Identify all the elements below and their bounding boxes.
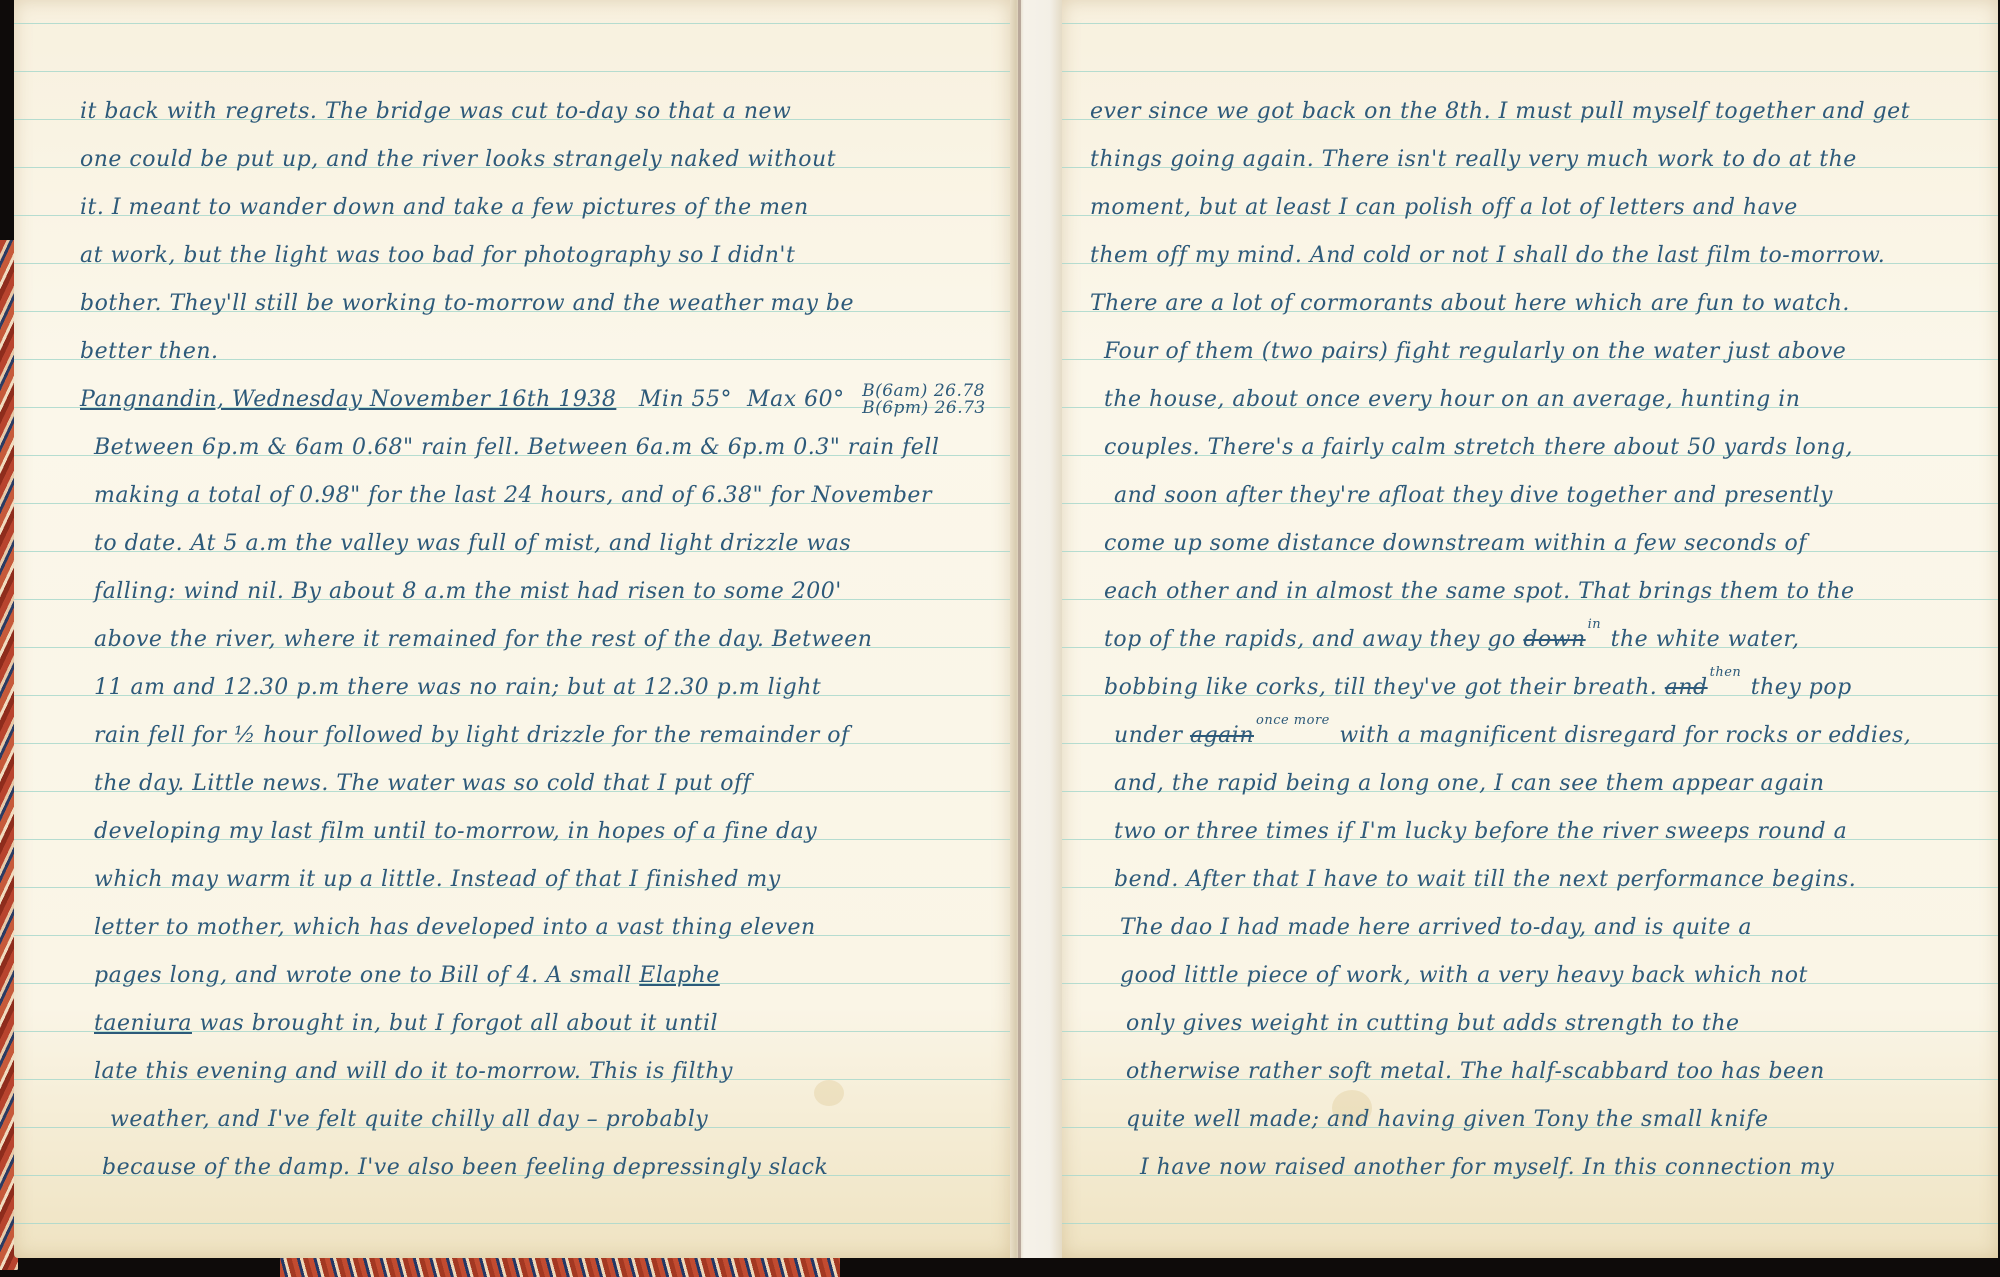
text-line: things going again. There isn't really v… [1090,136,1990,184]
text-line: which may warm it up a little. Instead o… [80,856,980,904]
text-line: making a total of 0.98" for the last 24 … [80,472,980,520]
text-line: good little piece of work, with a very h… [1090,952,1990,1000]
entry-heading: Pangnandin, Wednesday November 16th 1938… [80,376,980,424]
inserted-word: then [1710,665,1742,680]
text-line: come up some distance downstream within … [1090,520,1990,568]
specimen-genus: Elaphe [639,963,719,988]
text-line: at work, but the light was too bad for p… [80,232,980,280]
text-line: only gives weight in cutting but adds st… [1090,1000,1990,1048]
text-line: because of the damp. I've also been feel… [80,1144,980,1192]
text-line: I have now raised another for myself. In… [1090,1144,1990,1192]
text-line: quite well made; and having given Tony t… [1090,1096,1990,1144]
text-line: bobbing like corks, till they've got the… [1090,664,1990,712]
text-line: Four of them (two pairs) fight regularly… [1090,328,1990,376]
text-line: under againonce more with a magnificent … [1090,712,1990,760]
text-line: There are a lot of cormorants about here… [1090,280,1990,328]
text-line: and, the rapid being a long one, I can s… [1090,760,1990,808]
text-line: ever since we got back on the 8th. I mus… [1090,88,1990,136]
text-line: otherwise rather soft metal. The half-sc… [1090,1048,1990,1096]
left-page-text: it back with regrets. The bridge was cut… [80,88,980,1192]
text-line: letter to mother, which has developed in… [80,904,980,952]
text-line: moment, but at least I can polish off a … [1090,184,1990,232]
text-line: two or three times if I'm lucky before t… [1090,808,1990,856]
text-line: taeniura was brought in, but I forgot al… [80,1000,980,1048]
text-line: late this evening and will do it to-morr… [80,1048,980,1096]
barometer-6pm: B(6pm) 26.73 [862,400,986,417]
struck-word: again [1190,723,1254,748]
text-line: bother. They'll still be working to-morr… [80,280,980,328]
text-line: pages long, and wrote one to Bill of 4. … [80,952,980,1000]
entry-place-date: Pangnandin, Wednesday November 16th 1938 [80,387,616,412]
text-line: to date. At 5 a.m the valley was full of… [80,520,980,568]
min-temperature: Min 55° [639,387,732,412]
text-line: each other and in almost the same spot. … [1090,568,1990,616]
text-line: them off my mind. And cold or not I shal… [1090,232,1990,280]
text-line: the house, about once every hour on an a… [1090,376,1990,424]
text-line: developing my last film until to-morrow,… [80,808,980,856]
text-line: 11 am and 12.30 p.m there was no rain; b… [80,664,980,712]
inserted-word: in [1588,617,1602,632]
text-line: couples. There's a fairly calm stretch t… [1090,424,1990,472]
specimen-species: taeniura [94,1011,192,1036]
text-line: rain fell for ½ hour followed by light d… [80,712,980,760]
text-line: falling: wind nil. By about 8 a.m the mi… [80,568,980,616]
text-line: Between 6p.m & 6am 0.68" rain fell. Betw… [80,424,980,472]
text-line: one could be put up, and the river looks… [80,136,980,184]
text-line: better then. [80,328,980,376]
text-line: above the river, where it remained for t… [80,616,980,664]
text-line: and soon after they're afloat they dive … [1090,472,1990,520]
text-line: it back with regrets. The bridge was cut… [80,88,980,136]
binding-thread [1018,0,1021,1258]
inserted-word: once more [1256,713,1330,728]
right-page-text: ever since we got back on the 8th. I mus… [1090,88,1990,1192]
text-line: bend. After that I have to wait till the… [1090,856,1990,904]
text-line: The dao I had made here arrived to-day, … [1090,904,1990,952]
text-line: the day. Little news. The water was so c… [80,760,980,808]
max-temperature: Max 60° [747,387,845,412]
text-line: top of the rapids, and away they go down… [1090,616,1990,664]
struck-word: and [1665,675,1708,700]
text-line: it. I meant to wander down and take a fe… [80,184,980,232]
barometer-readings: B(6am) 26.78 B(6pm) 26.73 [862,383,986,417]
struck-word: down [1523,627,1585,652]
text-line: weather, and I've felt quite chilly all … [80,1096,980,1144]
